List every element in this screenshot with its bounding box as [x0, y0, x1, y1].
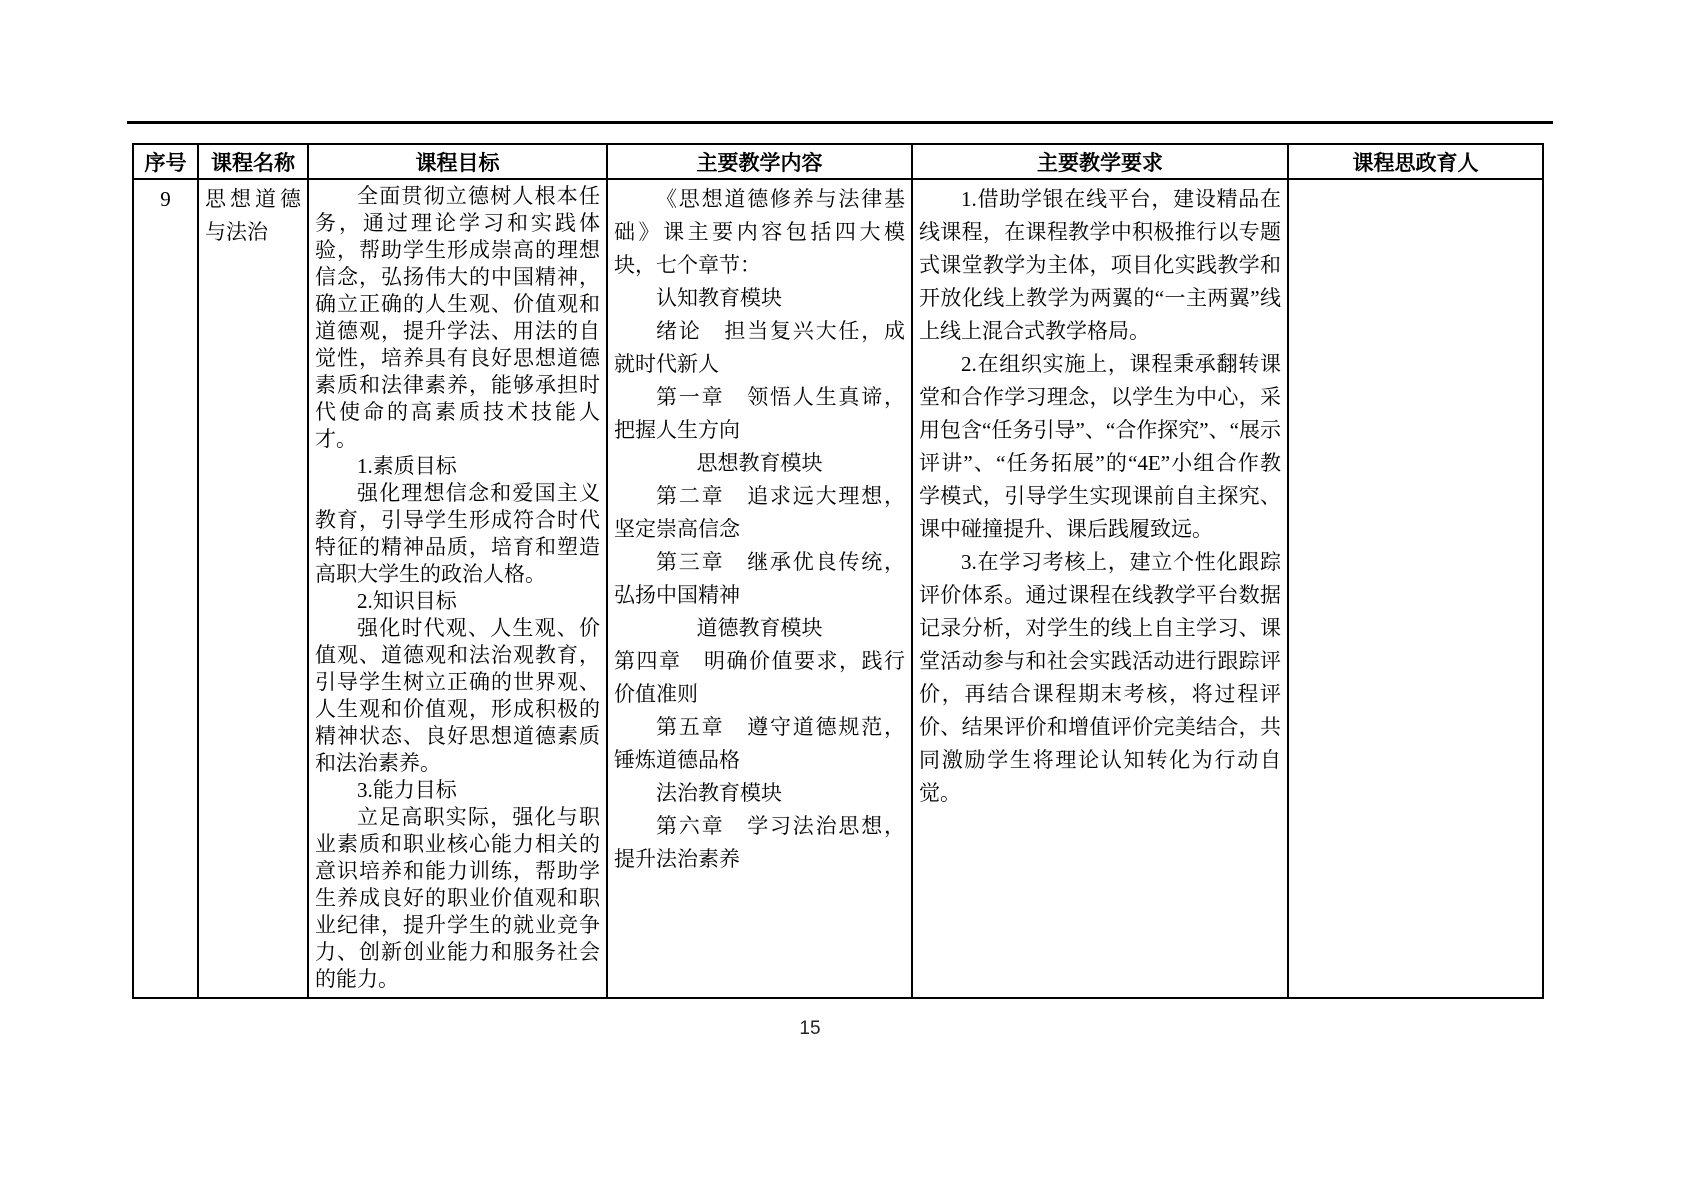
col-header-seq: 序号 [133, 144, 198, 179]
paragraph: 立足高职实际，强化与职业素质和职业核心能力相关的意识培养和能力训练，帮助学生养成… [315, 804, 600, 993]
paragraph: 第四章 明确价值要求，践行价值准则 [614, 645, 905, 711]
paragraph: 3.能力目标 [315, 777, 600, 804]
paragraph: 强化理想信念和爱国主义教育，引导学生形成符合时代特征的精神品质，培育和塑造高职大… [315, 480, 600, 588]
paragraph: 第二章 追求远大理想，坚定崇高信念 [614, 480, 905, 546]
paragraph: 道德教育模块 [614, 612, 905, 645]
paragraph: 第五章 遵守道德规范，锤炼道德品格 [614, 711, 905, 777]
paragraph: 全面贯彻立德树人根本任务，通过理论学习和实践体验，帮助学生形成崇高的理想信念，弘… [315, 183, 600, 453]
paragraph: 3.在学习考核上，建立个性化跟踪评价体系。通过课程在线教学平台数据记录分析，对学… [919, 546, 1281, 810]
paragraph: 2.知识目标 [315, 588, 600, 615]
paragraph: 第六章 学习法治思想，提升法治素养 [614, 810, 905, 876]
paragraph: 法治教育模块 [614, 777, 905, 810]
paragraph: 1.借助学银在线平台，建设精品在线课程，在课程教学中积极推行以专题式课堂教学为主… [919, 183, 1281, 348]
table-header-row: 序号 课程名称 课程目标 主要教学内容 主要教学要求 课程思政育人 [133, 144, 1543, 179]
paragraph: 1.素质目标 [315, 453, 600, 480]
cell-content: 《思想道德修养与法律基础》课主要内容包括四大模块，七个章节：认知教育模块绪论 担… [607, 179, 912, 998]
cell-objectives: 全面贯彻立德树人根本任务，通过理论学习和实践体验，帮助学生形成崇高的理想信念，弘… [308, 179, 607, 998]
paragraph: 认知教育模块 [614, 282, 905, 315]
col-header-content: 主要教学内容 [607, 144, 912, 179]
course-outline-table: 序号 课程名称 课程目标 主要教学内容 主要教学要求 课程思政育人 9 思想道德… [132, 143, 1544, 999]
col-header-course-name: 课程名称 [198, 144, 308, 179]
paragraph: 思想教育模块 [614, 447, 905, 480]
paragraph: 《思想道德修养与法律基础》课主要内容包括四大模块，七个章节： [614, 183, 905, 282]
col-header-requirements: 主要教学要求 [912, 144, 1288, 179]
col-header-objectives: 课程目标 [308, 144, 607, 179]
document-page: 序号 课程名称 课程目标 主要教学内容 主要教学要求 课程思政育人 9 思想道德… [0, 0, 1684, 1191]
cell-requirements: 1.借助学银在线平台，建设精品在线课程，在课程教学中积极推行以专题式课堂教学为主… [912, 179, 1288, 998]
paragraph: 第三章 继承优良传统，弘扬中国精神 [614, 546, 905, 612]
cell-seq: 9 [133, 179, 198, 998]
paragraph: 绪论 担当复兴大任，成就时代新人 [614, 315, 905, 381]
cell-ideology [1288, 179, 1543, 998]
paragraph: 2.在组织实施上，课程秉承翻转课堂和合作学习理念，以学生为中心，采用包含“任务引… [919, 348, 1281, 546]
table-row: 9 思想道德与法治 全面贯彻立德树人根本任务，通过理论学习和实践体验，帮助学生形… [133, 179, 1543, 998]
cell-course-name: 思想道德与法治 [198, 179, 308, 998]
paragraph: 强化时代观、人生观、价值观、道德观和法治观教育，引导学生树立正确的世界观、人生观… [315, 615, 600, 777]
col-header-ideology: 课程思政育人 [1288, 144, 1543, 179]
page-header-rule [127, 121, 1553, 124]
page-number: 15 [0, 1018, 1620, 1040]
paragraph: 第一章 领悟人生真谛，把握人生方向 [614, 381, 905, 447]
